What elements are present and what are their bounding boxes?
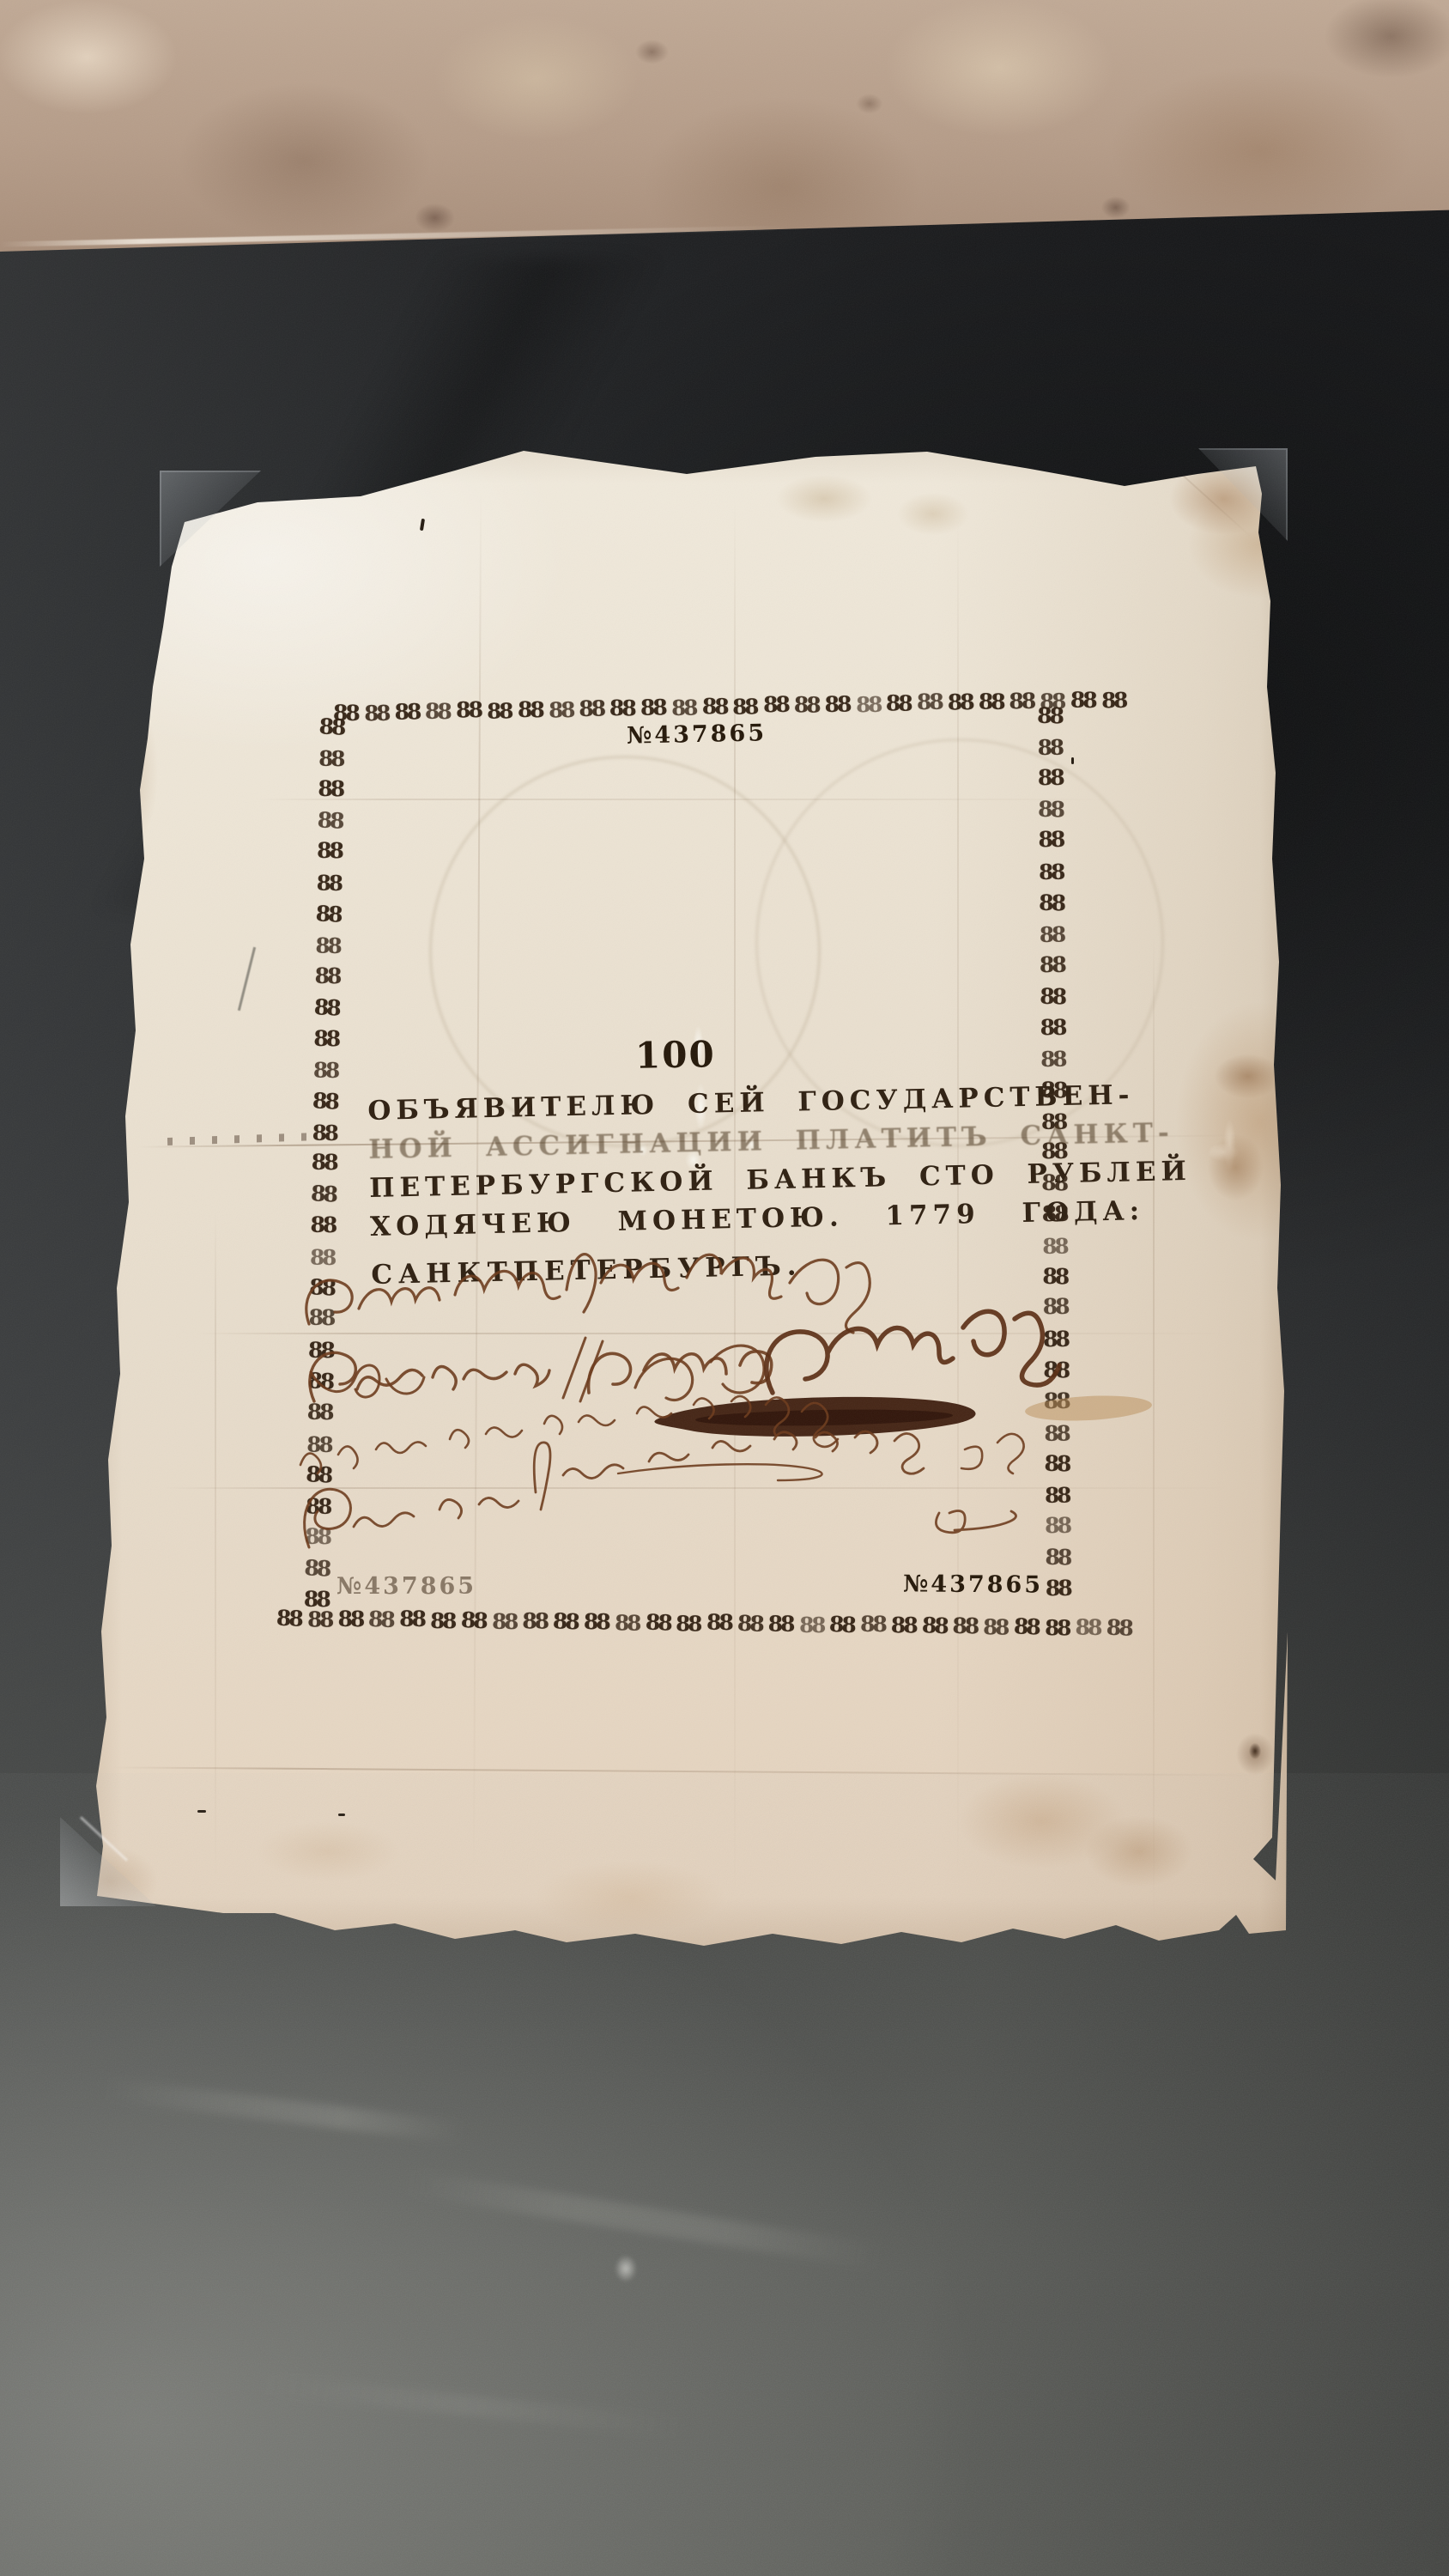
assignat-banknote: 8888888888888888888888888888888888888888… bbox=[86, 438, 1296, 1958]
dust-spot bbox=[615, 2255, 637, 2282]
ink-smear bbox=[1024, 1393, 1152, 1424]
signature-line-4-director bbox=[305, 1431, 1016, 1547]
signatures-layer bbox=[86, 438, 1296, 1958]
photo-of-display-case: 8888888888888888888888888888888888888888… bbox=[0, 0, 1449, 2576]
signature-line-2-senator bbox=[310, 1311, 1153, 1437]
